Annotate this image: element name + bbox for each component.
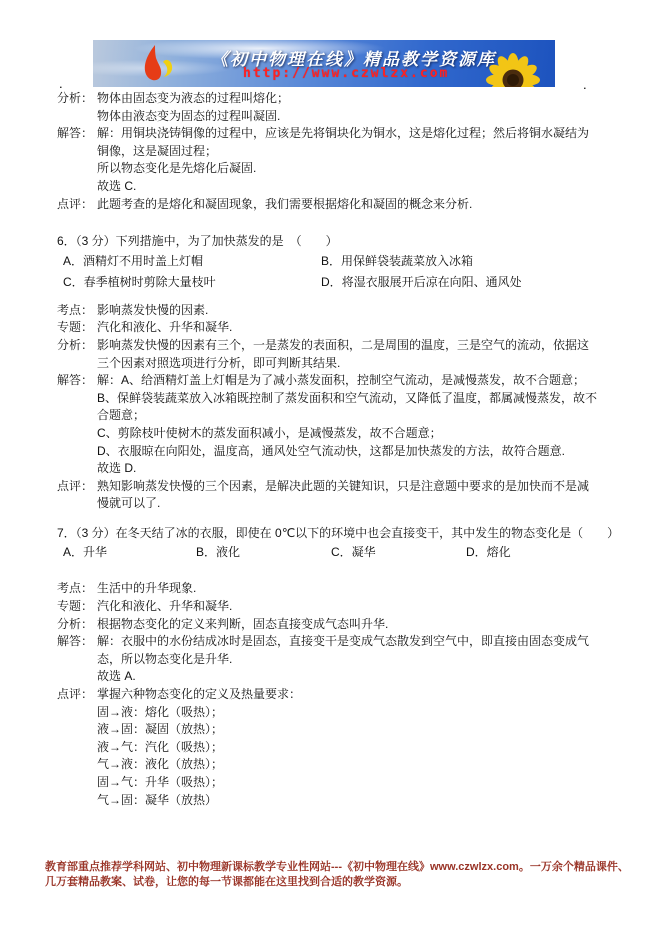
section-label-answer: 解答： — [57, 372, 97, 478]
text-line: 故选 D. — [97, 460, 657, 478]
text-line: 解：A、给酒精灯盖上灯帽是为了减小蒸发面积，控制空气流动，是减慢蒸发，故不合题意… — [97, 372, 657, 390]
text-line: 故选 C. — [97, 178, 657, 196]
text-line: C、剪除枝叶使树木的蒸发面积减小，是减慢蒸发，故不合题意； — [97, 425, 657, 443]
q6-kaodian-row: 考点： 影响蒸发快慢的因素. — [57, 302, 657, 320]
q7-comment-row: 点评： 掌握六种物态变化的定义及热量要求： 固→液：熔化（吸热）； 液→固：凝固… — [57, 686, 657, 809]
q6-option-a: A．酒精灯不用时盖上灯帽 — [63, 251, 321, 272]
text-line: 影响蒸发快慢的因素. — [97, 302, 657, 320]
question-7-options: A．升华 B．液化 C．凝华 D．熔化 — [63, 542, 657, 563]
section-label-zhuanti: 专题： — [57, 319, 97, 337]
site-url-link[interactable]: http://www.czwlzx.com — [243, 66, 449, 81]
q7-option-c: C．凝华 — [331, 542, 466, 563]
q6-zhuanti-row: 专题： 汽化和液化、升华和凝华. — [57, 319, 657, 337]
q7-analysis-row: 分析： 根据物态变化的定义来判断，固态直接变成气态叫升华. — [57, 616, 657, 634]
q6-comment-row: 点评： 熟知影响蒸发快慢的三个因素，是解决此题的关键知识，只是注意题中要求的是加… — [57, 478, 657, 513]
text-line: 熟知影响蒸发快慢的三个因素，是解决此题的关键知识，只是注意题中要求的是加快而不是… — [97, 478, 657, 496]
text-line: 三个因素对照选项进行分析，即可判断其结果. — [97, 355, 657, 373]
promo-footer: 教育部重点推荐学科网站、初中物理新课标教学专业性网站---《初中物理在线》www… — [45, 860, 645, 890]
q6-option-c: C．春季植树时剪除大量枝叶 — [63, 272, 321, 293]
text-line: 物体由固态变为液态的过程叫熔化； — [97, 90, 657, 108]
q7-option-b: B．液化 — [196, 542, 331, 563]
sunflower-icon — [485, 52, 541, 87]
section-label-comment: 点评： — [57, 478, 97, 513]
text-line: 固→液：熔化（吸热）； — [97, 704, 657, 722]
text-line: 解：衣服中的水份结成冰时是固态，直接变干是变成气态散发到空气中，即直接由固态变成… — [97, 633, 657, 651]
text-line: 汽化和液化、升华和凝华. — [97, 598, 657, 616]
section-label-analysis: 分析： — [57, 90, 97, 125]
footer-line-2: 几万套精品教案、试卷，让您的每一节课都能在这里找到合适的教学资源。 — [45, 875, 645, 890]
section-label-zhuanti: 专题： — [57, 598, 97, 616]
q5-analysis-row: 分析： 物体由固态变为液态的过程叫熔化； 物体由液态变为固态的过程叫凝固. — [57, 90, 657, 125]
section-label-comment: 点评： — [57, 196, 97, 214]
section-label-comment: 点评： — [57, 686, 97, 809]
section-label-answer: 解答： — [57, 633, 97, 686]
text-line: 掌握六种物态变化的定义及热量要求： — [97, 686, 657, 704]
text-line: 液→固：凝固（放热）； — [97, 721, 657, 739]
q6-option-b: B．用保鲜袋装蔬菜放入冰箱 — [321, 251, 657, 272]
text-line: 态，所以物态变化是升华. — [97, 651, 657, 669]
section-label-answer: 解答： — [57, 125, 97, 195]
question-7-stem: 7．（3 分）在冬天结了冰的衣服，即使在 0℃以下的环境中也会直接变干，其中发生… — [57, 525, 657, 543]
q6-option-d: D．将湿衣服展开后凉在向阳、通风处 — [321, 272, 657, 293]
text-line: 根据物态变化的定义来判断，固态直接变成气态叫升华. — [97, 616, 657, 634]
stray-period-left: . — [59, 76, 63, 91]
site-banner: 《初中物理在线》精品教学资源库 http://www.czwlzx.com — [93, 40, 555, 87]
q7-kaodian-row: 考点： 生活中的升华现象. — [57, 580, 657, 598]
text-line: 慢就可以了. — [97, 495, 657, 513]
section-label-analysis: 分析： — [57, 616, 97, 634]
q7-option-a: A．升华 — [63, 542, 196, 563]
text-line: 铜像，这是凝固过程； — [97, 143, 657, 161]
text-line: 影响蒸发快慢的因素有三个，一是蒸发的表面积，二是周围的温度，三是空气的流动，依据… — [97, 337, 657, 355]
text-line: 气→液：液化（放热）； — [97, 756, 657, 774]
footer-line-1: 教育部重点推荐学科网站、初中物理新课标教学专业性网站---《初中物理在线》www… — [45, 860, 645, 875]
text-line: 固→气：升华（吸热）； — [97, 774, 657, 792]
text-line: 液→气：汽化（吸热）； — [97, 739, 657, 757]
text-line: 此题考查的是熔化和凝固现象，我们需要根据熔化和凝固的概念来分析. — [97, 196, 657, 214]
q5-answer-row: 解答： 解：用铜块浇铸铜像的过程中，应该是先将铜块化为铜水，这是熔化过程；然后将… — [57, 125, 657, 195]
site-logo-icon — [138, 44, 180, 84]
q6-answer-row: 解答： 解：A、给酒精灯盖上灯帽是为了减小蒸发面积，控制空气流动，是减慢蒸发，故… — [57, 372, 657, 478]
text-line: 物体由液态变为固态的过程叫凝固. — [97, 108, 657, 126]
text-line: 解：用铜块浇铸铜像的过程中，应该是先将铜块化为铜水，这是熔化过程；然后将铜水凝结… — [97, 125, 657, 143]
text-line: D、衣服晾在向阳处，温度高，通风处空气流动快，这都是加快蒸发的方法，故符合题意. — [97, 443, 657, 461]
section-label-kaodian: 考点： — [57, 302, 97, 320]
question-6-options: A．酒精灯不用时盖上灯帽 B．用保鲜袋装蔬菜放入冰箱 C．春季植树时剪除大量枝叶… — [63, 251, 657, 293]
q7-zhuanti-row: 专题： 汽化和液化、升华和凝华. — [57, 598, 657, 616]
text-line: 故选 A. — [97, 668, 657, 686]
text-line: B、保鲜袋装蔬菜放入冰箱既控制了蒸发面积和空气流动，又降低了温度，都属减慢蒸发，… — [97, 390, 657, 408]
q5-comment-row: 点评： 此题考查的是熔化和凝固现象，我们需要根据熔化和凝固的概念来分析. — [57, 196, 657, 214]
document-body: 分析： 物体由固态变为液态的过程叫熔化； 物体由液态变为固态的过程叫凝固. 解答… — [57, 90, 657, 809]
text-line: 气→固：凝华（放热） — [97, 792, 657, 810]
question-6-stem: 6．（3 分）下列措施中，为了加快蒸发的是 （ ） — [57, 233, 657, 251]
q6-analysis-row: 分析： 影响蒸发快慢的因素有三个，一是蒸发的表面积，二是周围的温度，三是空气的流… — [57, 337, 657, 372]
section-label-kaodian: 考点： — [57, 580, 97, 598]
text-line: 所以物态变化是先熔化后凝固. — [97, 160, 657, 178]
q7-answer-row: 解答： 解：衣服中的水份结成冰时是固态，直接变干是变成气态散发到空气中，即直接由… — [57, 633, 657, 686]
q7-option-d: D．熔化 — [466, 542, 657, 563]
text-line: 合题意； — [97, 407, 657, 425]
text-line: 汽化和液化、升华和凝华. — [97, 319, 657, 337]
section-label-analysis: 分析： — [57, 337, 97, 372]
text-line: 生活中的升华现象. — [97, 580, 657, 598]
